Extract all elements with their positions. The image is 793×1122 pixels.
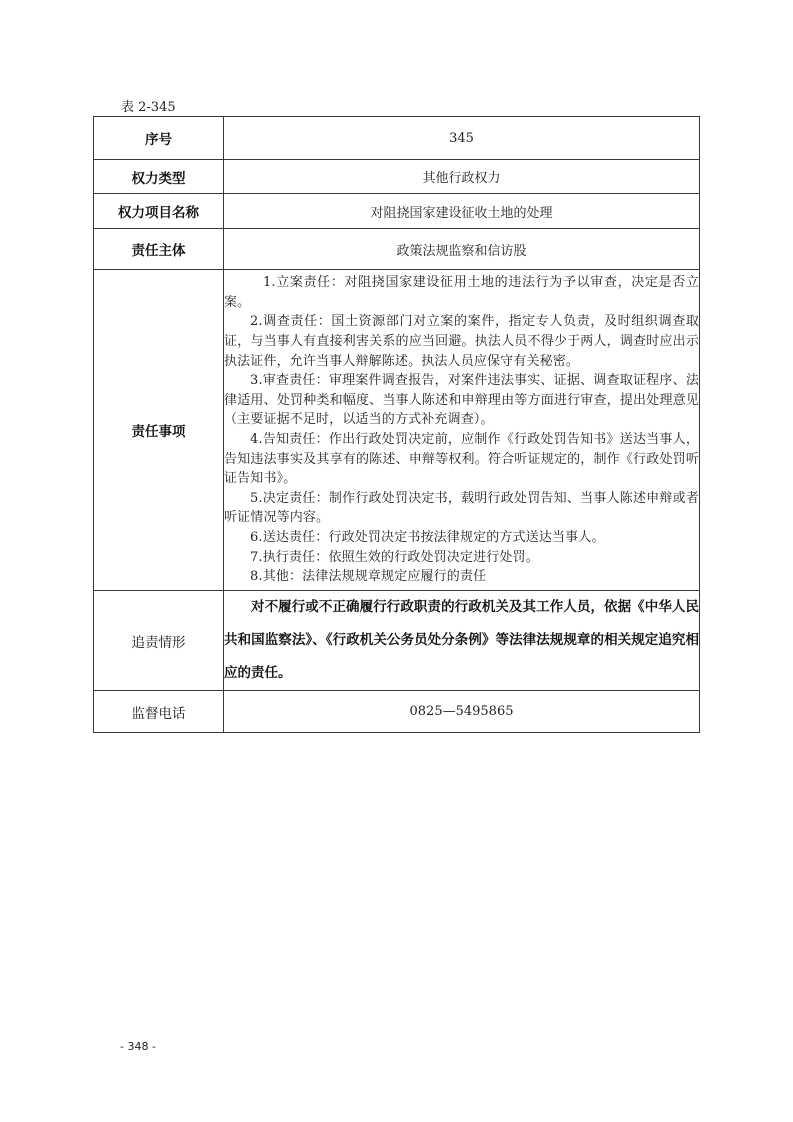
serial-label: 序号 (94, 117, 224, 160)
table-row-power-type: 权力类型 其他行政权力 (94, 160, 700, 194)
table-row-accountability: 追责情形 对不履行或不正确履行行政职责的行政机关及其工作人员，依据《中华人民共和… (94, 591, 700, 691)
responsible-body-label: 责任主体 (94, 229, 224, 270)
item-name-label: 权力项目名称 (94, 194, 224, 229)
table-row-supervision-phone: 监督电话 0825—5495865 (94, 691, 700, 733)
page-number: - 348 - (120, 1040, 156, 1053)
responsible-body-value: 政策法规监察和信访股 (224, 229, 700, 270)
item-name-value: 对阻挠国家建设征收土地的处理 (224, 194, 700, 229)
serial-value: 345 (224, 117, 700, 160)
power-type-label: 权力类型 (94, 160, 224, 194)
table-row-responsible-body: 责任主体 政策法规监察和信访股 (94, 229, 700, 270)
duties-list: 1.立案责任：对阻挠国家建设征用土地的违法行为予以审查，决定是否立案。 2.调查… (224, 270, 700, 591)
table-row-serial: 序号 345 (94, 117, 700, 160)
power-responsibility-table: 序号 345 权力类型 其他行政权力 权力项目名称 对阻挠国家建设征收土地的处理… (93, 116, 700, 733)
duty-item: 3.审查责任：审理案件调查报告，对案件违法事实、证据、调查取证程序、法律适用、处… (224, 371, 699, 430)
accountability-cell: 对不履行或不正确履行行政职责的行政机关及其工作人员，依据《中华人民共和国监察法》… (224, 591, 700, 691)
duty-item: 6.送达责任：行政处罚决定书按法律规定的方式送达当事人。 (224, 528, 699, 548)
duty-item: 7.执行责任：依照生效的行政处罚决定进行处罚。 (224, 548, 699, 568)
power-type-value: 其他行政权力 (224, 160, 700, 194)
duty-item: 1.立案责任：对阻挠国家建设征用土地的违法行为予以审查，决定是否立案。 (224, 273, 699, 312)
duty-item: 4.告知责任：作出行政处罚决定前，应制作《行政处罚告知书》送达当事人，告知违法事… (224, 430, 699, 489)
duty-item: 2.调查责任：国土资源部门对立案的案件，指定专人负责，及时组织调查取证，与当事人… (224, 312, 699, 371)
table-row-item-name: 权力项目名称 对阻挠国家建设征收土地的处理 (94, 194, 700, 229)
supervision-phone-value: 0825—5495865 (224, 691, 700, 733)
table-caption: 表 2-345 (121, 96, 176, 115)
accountability-text: 对不履行或不正确履行行政职责的行政机关及其工作人员，依据《中华人民共和国监察法》… (224, 591, 699, 690)
duty-item: 5.决定责任：制作行政处罚决定书，载明行政处罚告知、当事人陈述申辩或者听证情况等… (224, 489, 699, 528)
duty-item: 8.其他：法律法规规章规定应履行的责任 (224, 567, 699, 587)
accountability-label: 追责情形 (94, 591, 224, 691)
table-row-duties: 责任事项 1.立案责任：对阻挠国家建设征用土地的违法行为予以审查，决定是否立案。… (94, 270, 700, 591)
duties-label: 责任事项 (94, 270, 224, 591)
supervision-phone-label: 监督电话 (94, 691, 224, 733)
